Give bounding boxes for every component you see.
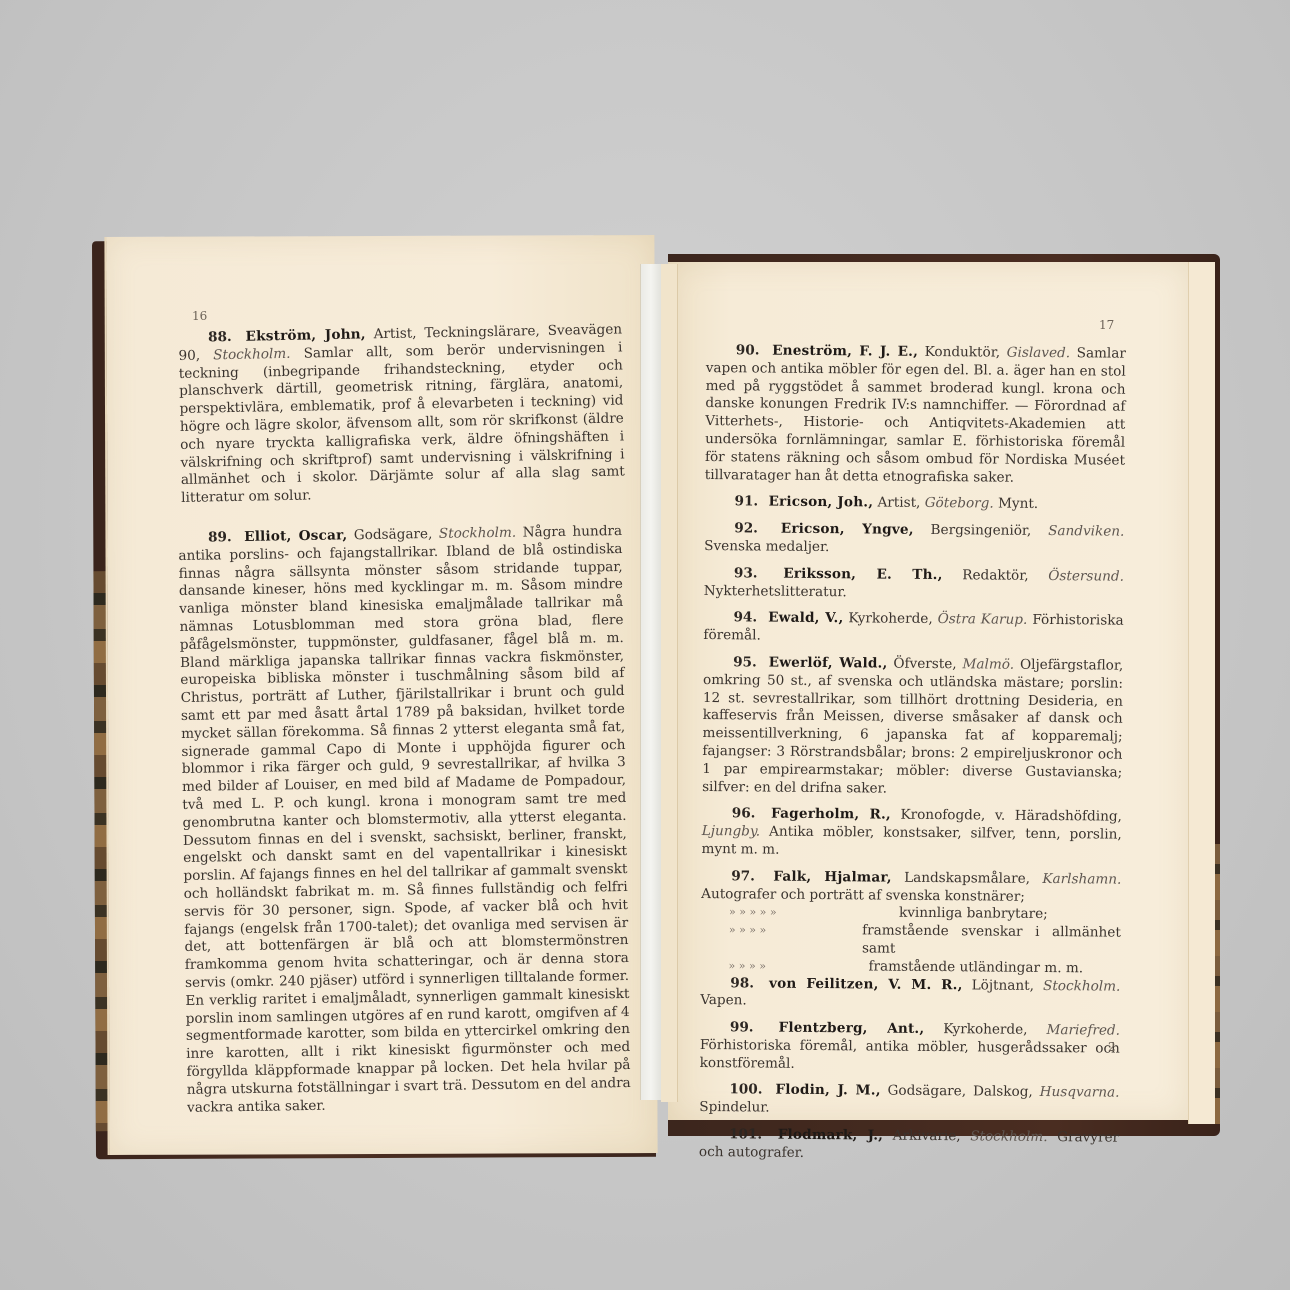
collector-place: Göteborg. <box>925 495 994 512</box>
page-stack-edge <box>1188 262 1215 1124</box>
collector-name: Flodin, J. M., <box>775 1082 880 1099</box>
collector-title: Konduktör, <box>925 344 1001 361</box>
collector-title: Kyrkoherde, <box>848 611 932 628</box>
entry-number: 99. <box>730 1019 754 1035</box>
collection-description: Förhistoriska föremål, antika möbler, hu… <box>700 1037 1120 1072</box>
catalog-entry-98: 98. von Feilitzen, V. M. R., Löjtnant, S… <box>700 974 1120 1013</box>
gutter <box>661 264 678 1102</box>
collector-title: Redaktör, <box>962 567 1028 584</box>
ditto-line: » » » »framstående svenskar i allmänhet … <box>701 921 1121 960</box>
collection-description: Svenska medaljer. <box>704 538 829 555</box>
collection-description: Några hundra antika porslins- och fajang… <box>178 523 631 1115</box>
collector-name: Eneström, F. J. E., <box>772 343 918 360</box>
entry-number: 97. <box>731 868 755 884</box>
entry-number: 88. <box>208 329 232 345</box>
page-number-left: 16 <box>192 309 207 323</box>
ditto-text: kvinnliga banbrytare; <box>899 905 1048 924</box>
collection-description: Vapen. <box>700 992 747 1008</box>
entry-number: 93. <box>734 565 758 581</box>
collector-place: Husqvarna. <box>1040 1084 1120 1101</box>
right-page-text: 90. Eneström, F. J. E., Konduktör, Gisla… <box>699 342 1126 1165</box>
collector-place: Malmö. <box>962 656 1014 672</box>
collector-title: Godsägare, <box>354 526 433 543</box>
catalog-entry-90: 90. Eneström, F. J. E., Konduktör, Gisla… <box>705 342 1126 488</box>
collection-description: Oljefärgstaflor, omkring 50 st., af sven… <box>702 657 1123 796</box>
collector-place: Sandviken. <box>1048 523 1124 540</box>
collector-place: Östersund. <box>1048 568 1124 585</box>
entry-number: 95. <box>733 654 757 670</box>
collector-name: Eriksson, E. Th., <box>783 565 942 582</box>
catalog-entry-88: 88. Ekström, John, Artist, Teckningslära… <box>178 321 625 507</box>
ditto-marks: » » » » <box>728 957 868 976</box>
collector-place: Mariefred. <box>1046 1022 1120 1039</box>
binding-tape <box>640 264 662 1100</box>
collector-title: Öfverste, <box>893 656 956 673</box>
collector-name: Ewald, V., <box>768 610 843 627</box>
page-number-right: 17 <box>1099 318 1114 332</box>
collector-name: Fagerholm, R., <box>771 806 891 823</box>
collector-name: Ericson, Joh., <box>768 494 873 511</box>
collector-place: Karlshamn. <box>1042 871 1121 888</box>
catalog-entry-92: 92. Ericson, Yngve, Bergsingeniör, Sandv… <box>704 520 1124 559</box>
collector-title: Landskapsmålare, <box>904 869 1030 886</box>
catalog-entry-91: 91. Ericson, Joh., Artist, Göteborg. Myn… <box>705 493 1125 514</box>
collector-place: Östra Karup. <box>938 611 1028 628</box>
catalog-entry-96: 96. Fagerholm, R., Kronofogde, v. Härads… <box>701 805 1121 862</box>
collector-name: Ewerlöf, Wald., <box>769 655 888 672</box>
collector-title: Bergsingeniör, <box>931 522 1032 539</box>
ditto-text: framstående svenskar i allmänhet samt <box>862 922 1121 960</box>
left-page-text-upper: 88. Ekström, John, Artist, Teckningslära… <box>178 321 625 507</box>
collector-name: Flodmark, J., <box>778 1127 884 1144</box>
ditto-marks: » » » » <box>729 921 863 958</box>
entry-number: 94. <box>733 610 757 626</box>
entry-number: 101. <box>729 1126 762 1142</box>
catalog-entry-97: 97. Falk, Hjalmar, Landskapsmålare, Karl… <box>701 868 1121 907</box>
collection-description: Spindelur. <box>699 1099 769 1116</box>
collector-name: Flentzberg, Ant., <box>778 1020 924 1037</box>
entry-number: 90. <box>736 342 760 358</box>
ditto-marks: » » » » » <box>729 904 899 923</box>
catalog-entry-95: 95. Ewerlöf, Wald., Öfverste, Malmö. Olj… <box>702 654 1123 800</box>
entry-number: 92. <box>734 520 758 536</box>
collector-title: Arkivarie, <box>893 1128 961 1145</box>
entry-number: 89. <box>208 529 232 545</box>
catalog-entry-89: 89. Elliot, Oscar, Godsägare, Stockholm.… <box>178 523 631 1117</box>
entry-number: 100. <box>729 1082 762 1098</box>
catalog-entry-100: 100. Flodin, J. M., Godsägare, Dalskog, … <box>699 1081 1119 1120</box>
collector-place: Stockholm. <box>213 346 291 363</box>
collector-place: Stockholm. <box>970 1128 1047 1145</box>
collector-place: Stockholm. <box>439 525 517 542</box>
collector-place: Ljungby. <box>702 823 760 840</box>
collector-title: Artist, <box>877 495 920 511</box>
ditto-text: framstående utländingar m. m. <box>868 958 1083 978</box>
entry-number: 91. <box>734 494 758 510</box>
collector-title: Löjtnant, <box>972 977 1034 994</box>
collector-name: Elliot, Oscar, <box>244 527 347 545</box>
catalog-entry-101: 101. Flodmark, J., Arkivarie, Stockholm.… <box>699 1126 1119 1165</box>
collection-description: Nykterhetslitteratur. <box>704 583 847 600</box>
catalog-entry-99: 99. Flentzberg, Ant., Kyrkoherde, Marief… <box>700 1019 1120 1076</box>
collector-title: Kronofogde, v. Häradshöfding, <box>900 807 1122 825</box>
collection-description: Antika möbler, konstsaker, silfver, tenn… <box>702 824 1122 858</box>
collector-title: Godsägare, Dalskog, <box>888 1083 1033 1100</box>
signature-mark: 2 <box>1108 1040 1116 1054</box>
collector-title: Kyrkoherde, <box>943 1021 1027 1038</box>
collector-name: Falk, Hjalmar, <box>773 868 892 885</box>
entry-number: 98. <box>730 975 754 991</box>
collection-description: Autografer och porträtt af svenska konst… <box>701 885 1025 904</box>
collection-description: Samlar allt, som berör undervisningen i … <box>179 339 625 506</box>
catalog-entry-94: 94. Ewald, V., Kyrkoherde, Östra Karup. … <box>703 609 1123 648</box>
catalog-entry-93: 93. Eriksson, E. Th., Redaktör, Östersun… <box>704 565 1124 604</box>
collection-description: Mynt. <box>998 496 1038 512</box>
entry-number: 96. <box>732 806 756 822</box>
collection-description: Samlar vapen och antika möbler för egen … <box>705 345 1126 485</box>
collector-place: Gislaved. <box>1007 345 1071 362</box>
left-page-text-lower: 89. Elliot, Oscar, Godsägare, Stockholm.… <box>178 523 631 1117</box>
collector-name: Ekström, John, <box>245 326 365 344</box>
collector-name: von Feilitzen, V. M. R., <box>769 975 963 993</box>
collector-place: Stockholm. <box>1043 977 1120 994</box>
collector-name: Ericson, Yngve, <box>781 521 914 538</box>
